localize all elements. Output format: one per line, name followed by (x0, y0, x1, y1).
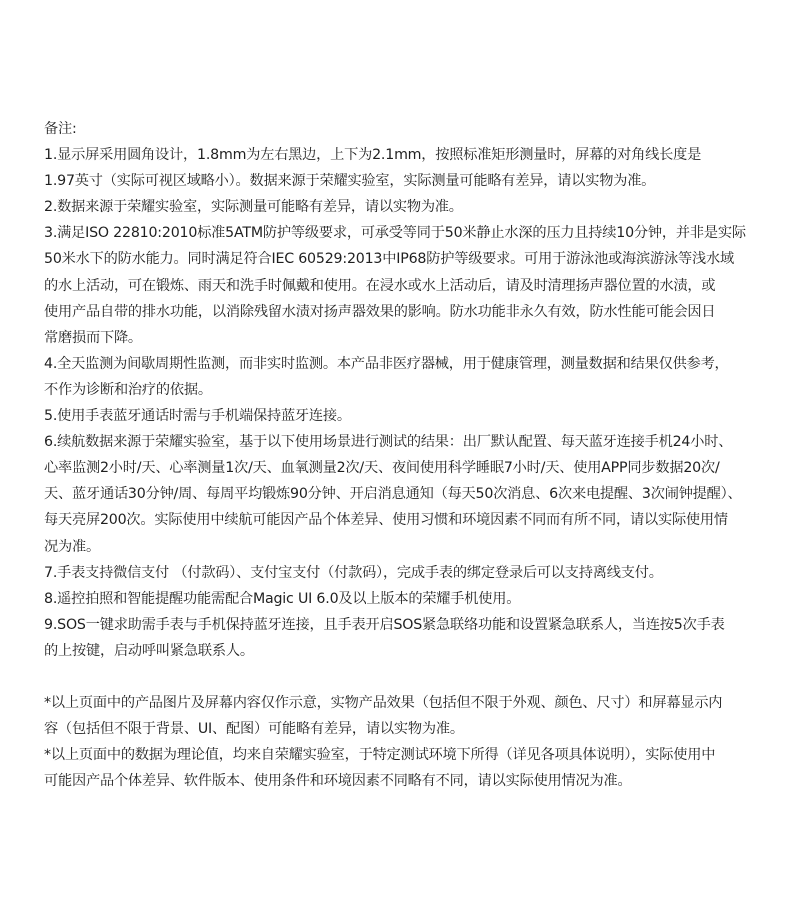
note-item-3: 3.满足ISO 22810:2010标准5ATM防护等级要求，可承受等同于50米… (44, 220, 774, 350)
note-line: 8.遥控拍照和智能提醒功能需配合Magic UI 6.0及以上版本的荣耀手机使用… (44, 586, 774, 612)
section-spacer (44, 664, 774, 690)
note-item-9: 9.SOS一键求助需手表与手机保持蓝牙连接，且手表开启SOS紧急联络功能和设置紧… (44, 612, 774, 664)
note-item-5: 5.使用手表蓝牙通话时需与手机端保持蓝牙连接。 (44, 403, 774, 429)
note-item-1: 1.显示屏采用圆角设计，1.8mm为左右黑边，上下为2.1mm，按照标准矩形测量… (44, 142, 774, 194)
notes-heading: 备注: (44, 116, 774, 142)
note-line: 的上按键，启动呼叫紧急联系人。 (44, 638, 774, 664)
note-line: 2.数据来源于荣耀实验室，实际测量可能略有差异，请以实物为准。 (44, 194, 774, 220)
disclaimer-line: 可能因产品个体差异、软件版本、使用条件和环境因素不同略有不同，请以实际使用情况为… (44, 768, 774, 794)
note-item-2: 2.数据来源于荣耀实验室，实际测量可能略有差异，请以实物为准。 (44, 194, 774, 220)
disclaimer-1: *以上页面中的产品图片及屏幕内容仅作示意，实物产品效果（包括但不限于外观、颜色、… (44, 690, 774, 742)
note-line: 9.SOS一键求助需手表与手机保持蓝牙连接，且手表开启SOS紧急联络功能和设置紧… (44, 612, 774, 638)
note-line: 心率监测2小时/天、心率测量1次/天、血氧测量2次/天、夜间使用科学睡眠7小时/… (44, 455, 774, 481)
note-line: 不作为诊断和治疗的依据。 (44, 377, 774, 403)
note-item-4: 4.全天监测为间歇周期性监测，而非实时监测。本产品非医疗器械，用于健康管理，测量… (44, 351, 774, 403)
note-item-6: 6.续航数据来源于荣耀实验室，基于以下使用场景进行测试的结果：出厂默认配置、每天… (44, 429, 774, 559)
note-line: 天、蓝牙通话30分钟/周、每周平均锻炼90分钟、开启消息通知（每天50次消息、6… (44, 481, 774, 507)
disclaimer-2: *以上页面中的数据为理论值，均来自荣耀实验室，于特定测试环境下所得（详见各项具体… (44, 742, 774, 794)
note-line: 常磨损而下降。 (44, 325, 774, 351)
notes-section: 备注: 1.显示屏采用圆角设计，1.8mm为左右黑边，上下为2.1mm，按照标准… (44, 116, 774, 794)
note-line: 每天亮屏200次。实际使用中续航可能因产品个体差异、使用习惯和环境因素不同而有所… (44, 507, 774, 533)
note-item-7: 7.手表支持微信支付 （付款码）、支付宝支付（付款码），完成手表的绑定登录后可以… (44, 560, 774, 586)
note-line: 1.显示屏采用圆角设计，1.8mm为左右黑边，上下为2.1mm，按照标准矩形测量… (44, 142, 774, 168)
note-line: 4.全天监测为间歇周期性监测，而非实时监测。本产品非医疗器械，用于健康管理，测量… (44, 351, 774, 377)
note-line: 的水上活动，可在锻炼、雨天和洗手时佩戴和使用。在浸水或水上活动后，请及时清理扬声… (44, 273, 774, 299)
note-line: 50米水下的防水能力。同时满足符合IEC 60529:2013中IP68防护等级… (44, 246, 774, 272)
note-line: 7.手表支持微信支付 （付款码）、支付宝支付（付款码），完成手表的绑定登录后可以… (44, 560, 774, 586)
disclaimer-line: *以上页面中的数据为理论值，均来自荣耀实验室，于特定测试环境下所得（详见各项具体… (44, 742, 774, 768)
note-line: 3.满足ISO 22810:2010标准5ATM防护等级要求，可承受等同于50米… (44, 220, 774, 246)
note-line: 5.使用手表蓝牙通话时需与手机端保持蓝牙连接。 (44, 403, 774, 429)
note-line: 1.97英寸（实际可视区域略小）。数据来源于荣耀实验室，实际测量可能略有差异，请… (44, 168, 774, 194)
note-line: 使用产品自带的排水功能，以消除残留水渍对扬声器效果的影响。防水功能非永久有效，防… (44, 299, 774, 325)
note-line: 6.续航数据来源于荣耀实验室，基于以下使用场景进行测试的结果：出厂默认配置、每天… (44, 429, 774, 455)
disclaimer-line: 容（包括但不限于背景、UI、配图）可能略有差异，请以实物为准。 (44, 716, 774, 742)
note-item-8: 8.遥控拍照和智能提醒功能需配合Magic UI 6.0及以上版本的荣耀手机使用… (44, 586, 774, 612)
disclaimer-line: *以上页面中的产品图片及屏幕内容仅作示意，实物产品效果（包括但不限于外观、颜色、… (44, 690, 774, 716)
note-line: 况为准。 (44, 534, 774, 560)
